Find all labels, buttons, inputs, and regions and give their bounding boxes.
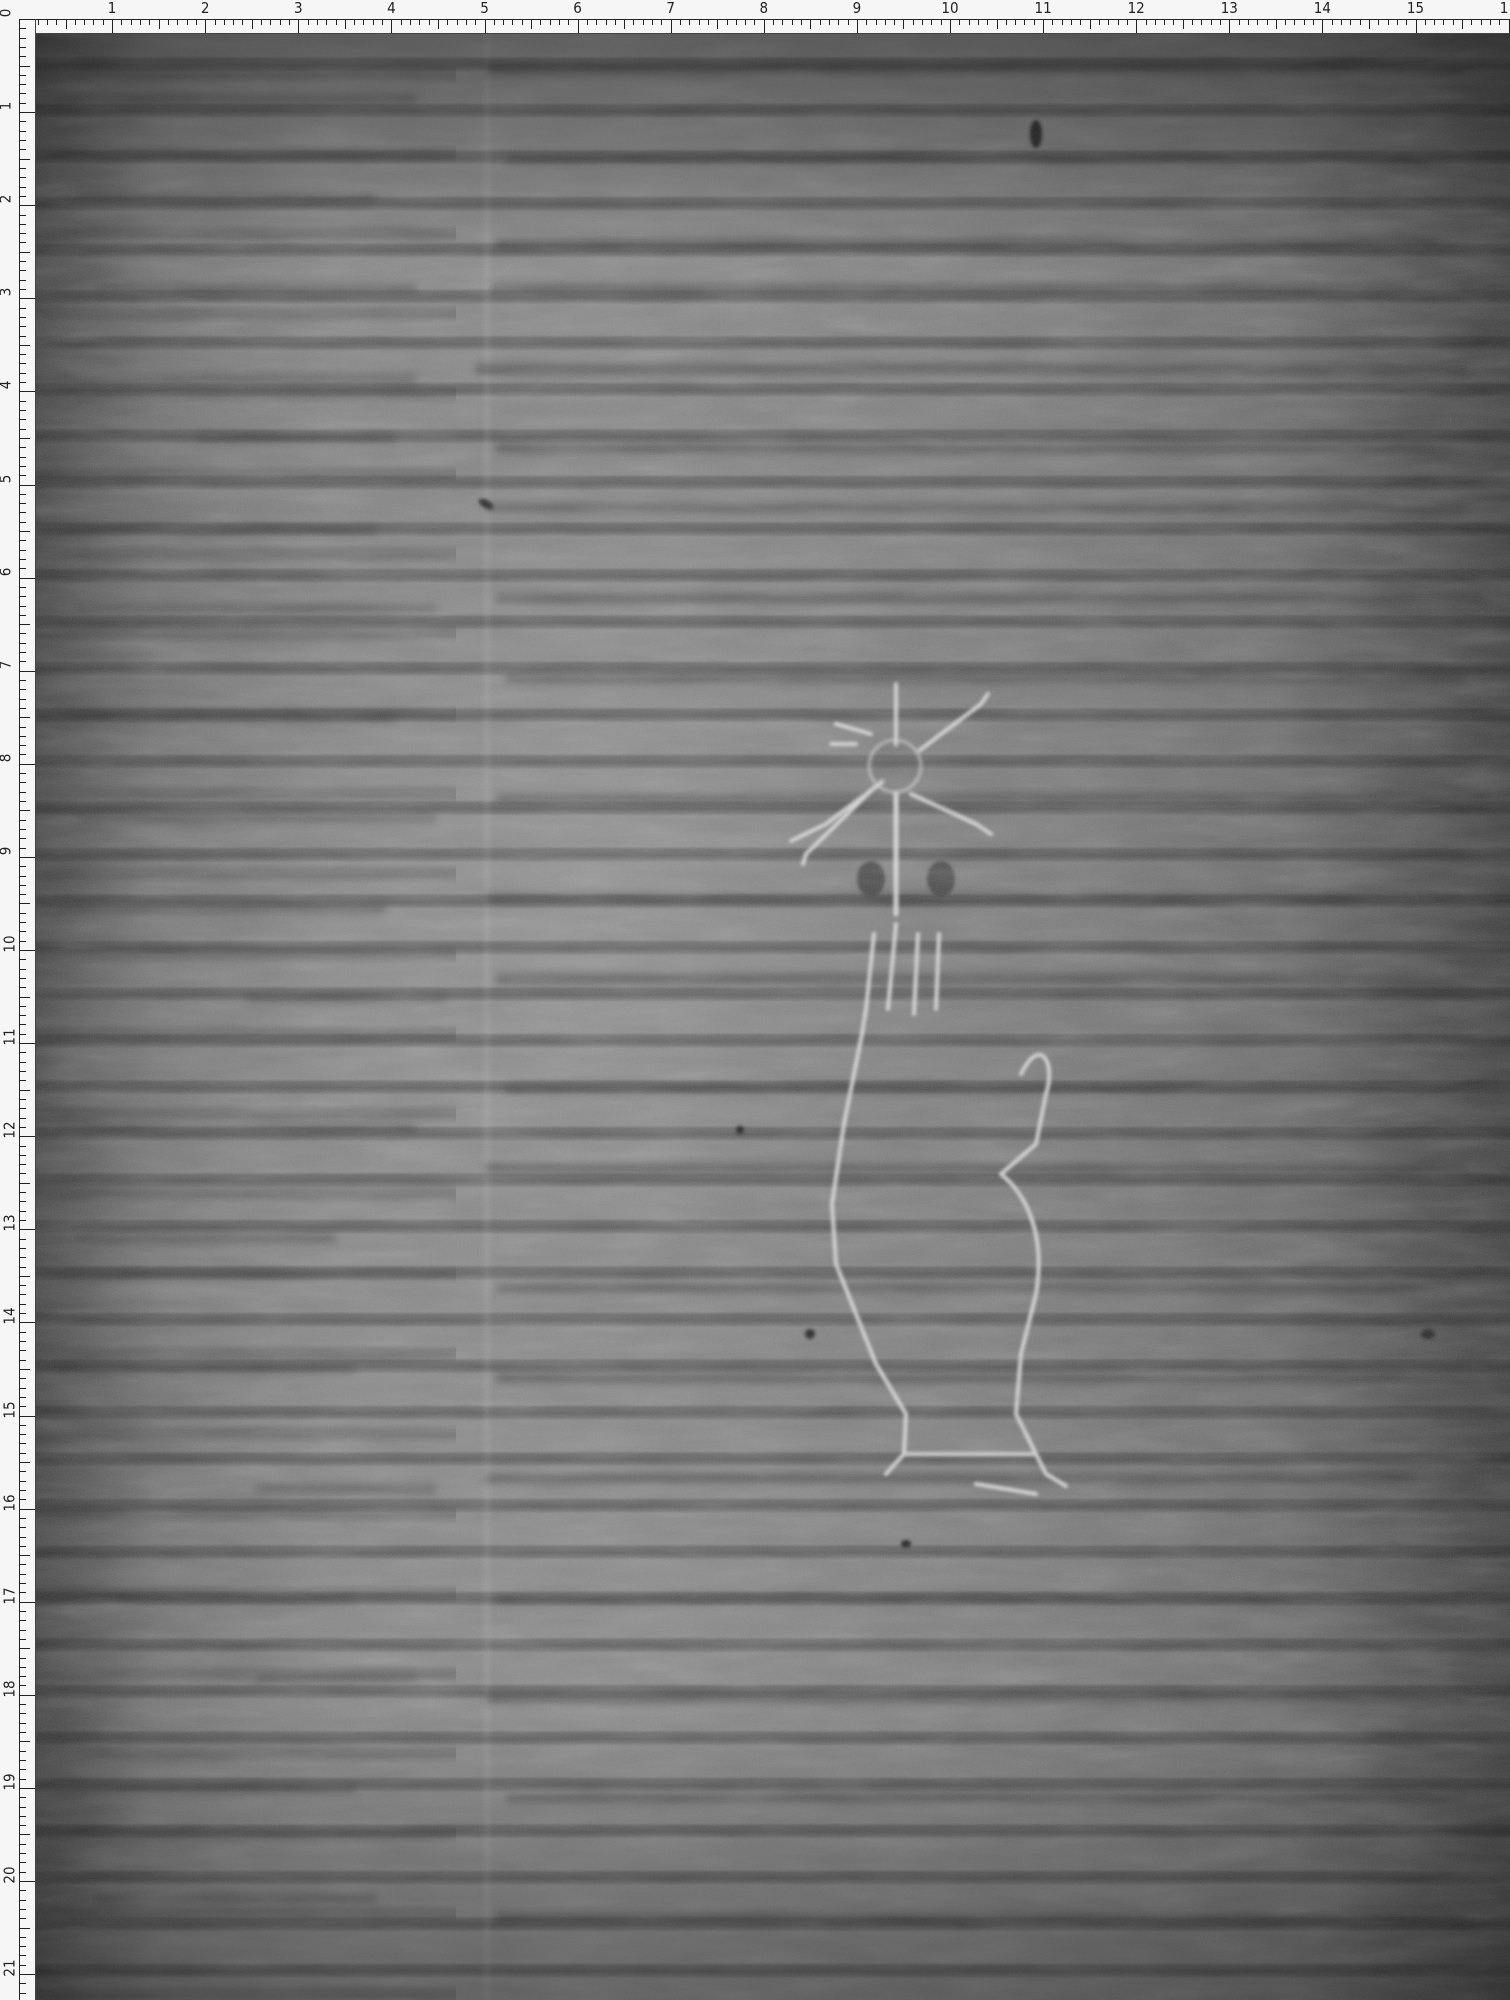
ruler-tick xyxy=(503,19,504,25)
ruler-tick xyxy=(19,792,26,793)
ruler-label: 11 xyxy=(2,1029,18,1046)
ruler-tick xyxy=(922,19,923,25)
ruler-tick xyxy=(978,19,979,25)
ruler-label: 3 xyxy=(0,288,13,297)
ruler-tick xyxy=(19,903,30,904)
ruler-tick xyxy=(103,19,104,25)
ruler-tick xyxy=(19,1434,26,1435)
ruler-tick xyxy=(19,103,26,104)
ruler-tick xyxy=(19,1108,26,1109)
ruler-tick xyxy=(215,19,216,25)
ruler-tick xyxy=(19,1341,26,1342)
ruler-tick xyxy=(540,19,541,25)
ruler-tick xyxy=(19,1397,26,1398)
ruler-tick xyxy=(19,252,30,253)
ruler-tick xyxy=(242,19,243,25)
ruler-tick xyxy=(19,1555,30,1556)
ruler-tick xyxy=(19,503,26,504)
ruler-tick xyxy=(19,187,26,188)
ruler-tick xyxy=(373,19,374,25)
ruler-label: 14 xyxy=(1314,0,1331,16)
ruler-tick xyxy=(19,1946,26,1947)
ruler-tick xyxy=(19,289,26,290)
ruler-tick xyxy=(19,1751,26,1752)
ruler-tick xyxy=(205,19,206,33)
ruler-tick xyxy=(848,19,849,25)
ruler-tick xyxy=(19,1853,26,1854)
ruler-tick xyxy=(261,19,262,25)
ruler-label: 19 xyxy=(2,1773,18,1790)
ruler-tick xyxy=(112,19,113,33)
ruler-tick xyxy=(19,466,26,467)
ruler-tick xyxy=(140,19,141,25)
ruler-tick xyxy=(19,1425,26,1426)
ruler-tick xyxy=(19,1592,26,1593)
ruler-tick xyxy=(1108,19,1109,25)
ruler-tick xyxy=(1285,19,1286,25)
ruler-tick xyxy=(1229,19,1230,33)
ruler-tick xyxy=(196,19,197,25)
ruler-tick xyxy=(19,1406,26,1407)
ruler-tick xyxy=(19,1481,26,1482)
ruler-tick xyxy=(19,1965,26,1966)
ruler-tick xyxy=(19,140,26,141)
ruler-tick xyxy=(19,1043,35,1044)
ruler-tick xyxy=(19,224,26,225)
ruler-tick xyxy=(19,1155,26,1156)
ruler-tick xyxy=(19,280,26,281)
ruler-tick xyxy=(19,19,35,20)
ruler-tick xyxy=(19,801,26,802)
ruler-label: 8 xyxy=(760,0,769,16)
ruler-tick xyxy=(19,1685,26,1686)
ruler-tick xyxy=(19,717,30,718)
ruler-tick xyxy=(19,1369,30,1370)
ruler-tick xyxy=(19,1462,30,1463)
ruler-tick xyxy=(1015,19,1016,25)
ruler-label: 13 xyxy=(2,1215,18,1232)
ruler-tick xyxy=(522,19,523,25)
ruler-tick xyxy=(19,1080,26,1081)
ruler-tick xyxy=(19,345,30,346)
ruler-tick xyxy=(19,75,26,76)
ruler-tick xyxy=(1267,19,1268,25)
ruler-tick xyxy=(308,19,309,25)
ruler-tick xyxy=(987,19,988,25)
ruler-tick xyxy=(1173,19,1174,25)
paper-grain xyxy=(36,34,1510,2000)
ruler-tick xyxy=(19,1322,35,1323)
ruler-tick xyxy=(941,19,942,25)
ruler-tick xyxy=(298,19,299,33)
ruler-tick xyxy=(19,1825,26,1826)
ruler-tick xyxy=(19,1183,30,1184)
ruler-tick xyxy=(1090,19,1091,29)
ruler-tick xyxy=(1453,19,1454,25)
ruler-tick xyxy=(177,19,178,25)
ruler-label: 12 xyxy=(2,1122,18,1139)
ruler-label: 6 xyxy=(573,0,582,16)
ruler-tick xyxy=(19,1499,26,1500)
ruler-tick xyxy=(19,745,26,746)
ruler-label: 13 xyxy=(1221,0,1238,16)
ruler-label: 5 xyxy=(480,0,489,16)
ruler-tick xyxy=(1146,19,1147,25)
ruler-tick xyxy=(19,522,26,523)
ruler-tick xyxy=(19,1630,26,1631)
ruler-tick xyxy=(19,1797,26,1798)
ruler-tick xyxy=(717,19,718,29)
ruler-tick xyxy=(19,1723,26,1724)
ruler-tick xyxy=(19,643,26,644)
ruler-tick xyxy=(19,401,26,402)
ruler-tick xyxy=(699,19,700,25)
ruler-tick xyxy=(671,19,672,33)
ruler-tick xyxy=(1341,19,1342,25)
ruler-tick xyxy=(187,19,188,25)
ruler-tick xyxy=(606,19,607,25)
ruler-label: 10 xyxy=(2,935,18,952)
ruler-tick xyxy=(19,1974,35,1975)
ruler-tick xyxy=(19,1201,26,1202)
ruler-tick xyxy=(19,1862,26,1863)
ruler-tick xyxy=(652,19,653,25)
ruler-tick xyxy=(19,578,35,579)
ruler-tick xyxy=(19,196,26,197)
ruler-tick xyxy=(19,1192,26,1193)
ruler-tick xyxy=(596,19,597,25)
ruler-tick xyxy=(19,1006,26,1007)
ruler-tick xyxy=(838,19,839,25)
ruler-label: 1 xyxy=(1500,0,1509,16)
ruler-tick xyxy=(19,1313,26,1314)
ruler-tick xyxy=(997,19,998,29)
ruler-tick xyxy=(19,987,26,988)
ruler-tick xyxy=(19,438,30,439)
ruler-tick xyxy=(1155,19,1156,25)
ruler-tick xyxy=(19,1993,26,1994)
ruler-tick xyxy=(19,1276,30,1277)
ruler-tick xyxy=(19,363,26,364)
ruler-label: 1 xyxy=(108,0,117,16)
ruler-tick xyxy=(19,270,26,271)
ruler-tick xyxy=(391,19,392,33)
ruler-tick xyxy=(1406,19,1407,25)
ruler-tick xyxy=(568,19,569,25)
ruler-tick xyxy=(1481,19,1482,25)
ruler-tick xyxy=(1099,19,1100,25)
ruler-tick xyxy=(894,19,895,25)
ruler-tick xyxy=(19,1416,35,1417)
ruler-tick xyxy=(19,1844,26,1845)
ruler-label: 15 xyxy=(1407,0,1424,16)
ruler-tick xyxy=(19,1620,26,1621)
ruler-tick xyxy=(1136,19,1137,33)
ruler-tick xyxy=(363,19,364,25)
ruler-label: 6 xyxy=(0,567,13,576)
ruler-tick xyxy=(19,1294,26,1295)
ruler-label: 4 xyxy=(0,381,13,390)
ruler-tick xyxy=(252,19,253,29)
ruler-tick xyxy=(19,1304,26,1305)
ruler-tick xyxy=(19,1834,30,1835)
ruler-tick xyxy=(19,1807,26,1808)
ruler-label: 10 xyxy=(941,0,958,16)
ruler-tick xyxy=(1509,19,1510,33)
ruler-tick xyxy=(633,19,634,25)
ruler-tick xyxy=(19,1034,26,1035)
ruler-tick xyxy=(19,540,26,541)
ruler-tick xyxy=(903,19,904,29)
ruler-tick xyxy=(1071,19,1072,25)
ruler-tick xyxy=(624,19,625,29)
ruler-tick xyxy=(689,19,690,25)
ruler-tick xyxy=(19,112,35,113)
ruler-tick xyxy=(1220,19,1221,25)
ruler-tick xyxy=(19,689,26,690)
ruler-tick xyxy=(857,19,858,33)
ruler-tick xyxy=(19,773,26,774)
ruler-tick xyxy=(736,19,737,25)
ruler-label: 4 xyxy=(387,0,396,16)
ruler-tick xyxy=(19,38,26,39)
ruler-tick xyxy=(19,931,26,932)
ruler-tick xyxy=(19,1378,26,1379)
ruler-tick xyxy=(149,19,150,25)
ruler-tick xyxy=(289,19,290,25)
ruler-tick xyxy=(19,1658,26,1659)
ruler-tick xyxy=(1276,19,1277,29)
ruler-tick xyxy=(429,19,430,25)
ruler-label: 16 xyxy=(2,1494,18,1511)
ruler-tick xyxy=(494,19,495,25)
ruler-tick xyxy=(19,1453,26,1454)
ruler-tick xyxy=(19,66,30,67)
ruler-tick xyxy=(447,19,448,25)
ruler-tick xyxy=(19,1052,26,1053)
ruler-tick xyxy=(19,242,26,243)
ruler-tick xyxy=(19,1388,26,1389)
ruler-tick xyxy=(1378,19,1379,25)
ruler-tick xyxy=(931,19,932,25)
ruler-tick xyxy=(475,19,476,25)
ruler-tick xyxy=(866,19,867,25)
ruler-tick xyxy=(829,19,830,25)
ruler-tick xyxy=(19,215,26,216)
ruler-tick xyxy=(19,177,26,178)
ruler-tick xyxy=(19,1257,26,1258)
ruler-tick xyxy=(19,652,26,653)
ruler-tick xyxy=(19,1164,26,1165)
ruler-label: 18 xyxy=(2,1680,18,1697)
ruler-tick xyxy=(643,19,644,25)
ruler-tick xyxy=(1434,19,1435,25)
ruler-tick xyxy=(168,19,169,25)
ruler-tick xyxy=(1369,19,1370,29)
ruler-tick xyxy=(801,19,802,25)
ruler-tick xyxy=(1322,19,1323,33)
ruler-tick xyxy=(93,19,94,25)
ruler-tick xyxy=(19,661,26,662)
ruler-tick xyxy=(19,354,26,355)
ruler-tick xyxy=(1416,19,1417,33)
ruler-tick xyxy=(131,19,132,25)
ruler-tick xyxy=(19,1220,26,1221)
ruler-tick xyxy=(19,820,26,821)
ruler-label: 9 xyxy=(0,847,13,856)
ruler-tick xyxy=(19,93,26,94)
ruler-label: 11 xyxy=(1035,0,1052,16)
ruler-tick xyxy=(19,671,35,672)
ruler-tick xyxy=(19,754,26,755)
ruler-label: 7 xyxy=(666,0,675,16)
ruler-tick xyxy=(810,19,811,29)
ruler-tick xyxy=(19,624,30,625)
ruler-tick xyxy=(615,19,616,25)
ruler-tick xyxy=(1062,19,1063,25)
ruler-tick xyxy=(47,19,48,25)
ruler-tick xyxy=(559,19,560,25)
ruler-tick xyxy=(1024,19,1025,25)
ruler-tick xyxy=(19,1518,26,1519)
ruler-tick xyxy=(19,326,26,327)
ruler-tick xyxy=(19,1443,26,1444)
ruler-tick xyxy=(19,1983,26,1984)
ruler-tick xyxy=(382,19,383,25)
ruler-tick xyxy=(19,727,26,728)
ruler-tick xyxy=(19,699,26,700)
ruler-tick xyxy=(754,19,755,25)
ruler-tick xyxy=(19,885,26,886)
ruler-tick xyxy=(19,1118,26,1119)
ruler-tick xyxy=(19,308,26,309)
ruler-tick xyxy=(782,19,783,25)
ruler-tick xyxy=(820,19,821,25)
ruler-tick xyxy=(969,19,970,25)
ruler-tick xyxy=(19,317,26,318)
ruler-label: 20 xyxy=(2,1866,18,1883)
ruler-tick xyxy=(512,19,513,25)
ruler-tick xyxy=(1164,19,1165,25)
ruler-tick xyxy=(19,559,26,560)
ruler-tick xyxy=(19,494,26,495)
ruler-tick xyxy=(773,19,774,25)
manuscript-scan xyxy=(36,34,1510,2000)
ruler-tick xyxy=(19,1648,30,1649)
ruler-tick xyxy=(1313,19,1314,25)
ruler-label: 5 xyxy=(0,474,13,483)
ruler-tick xyxy=(19,1583,26,1584)
ruler-tick xyxy=(19,336,26,337)
ruler-tick xyxy=(19,1918,26,1919)
ruler-tick xyxy=(913,19,914,25)
ruler-tick xyxy=(1471,19,1472,25)
ruler-tick xyxy=(466,19,467,25)
ruler-tick xyxy=(19,419,26,420)
ruler-tick xyxy=(19,1788,35,1789)
ruler-tick xyxy=(19,848,26,849)
ruler-tick xyxy=(19,1872,26,1873)
ruler-tick xyxy=(75,19,76,25)
ruler-tick xyxy=(1294,19,1295,25)
ruler-tick xyxy=(19,922,26,923)
ruler-tick xyxy=(19,1509,35,1510)
ruler-tick xyxy=(19,1704,26,1705)
ruler-tick xyxy=(1239,19,1240,25)
ruler-tick xyxy=(19,596,26,597)
ruler-label: 17 xyxy=(2,1587,18,1604)
ruler-tick xyxy=(19,1211,26,1212)
ruler-tick xyxy=(1127,19,1128,25)
ruler-tick xyxy=(19,205,35,206)
ruler-tick xyxy=(19,512,26,513)
ruler-tick xyxy=(19,1248,26,1249)
ruler-tick xyxy=(1350,19,1351,25)
ruler-tick xyxy=(19,1090,30,1091)
ruler-tick xyxy=(19,810,30,811)
ruler-tick xyxy=(19,1732,26,1733)
ruler-tick xyxy=(19,1360,26,1361)
ruler-tick xyxy=(19,913,26,914)
ruler-tick xyxy=(19,298,35,299)
ruler-tick xyxy=(317,19,318,25)
ruler-tick xyxy=(1462,19,1463,29)
ruler-tick xyxy=(950,19,951,33)
ruler-tick xyxy=(38,19,39,25)
ruler-label: 21 xyxy=(2,1960,18,1977)
ruler-tick xyxy=(19,1574,26,1575)
ruler-label: 12 xyxy=(1128,0,1145,16)
ruler-tick xyxy=(19,1062,26,1063)
horizontal-ruler: 01234567891011121314151 xyxy=(0,0,1510,34)
ruler-tick xyxy=(19,28,26,29)
ruler-tick xyxy=(345,19,346,29)
ruler-tick xyxy=(19,168,26,169)
ruler-tick xyxy=(19,587,26,588)
ruler-tick xyxy=(1080,19,1081,25)
ruler-tick xyxy=(19,1285,26,1286)
ruler-tick xyxy=(19,1527,26,1528)
ruler-tick xyxy=(19,1890,26,1891)
ruler-tick xyxy=(19,1611,26,1612)
ruler-tick xyxy=(19,485,35,486)
ruler-tick xyxy=(1499,19,1500,25)
ruler-tick xyxy=(19,1639,26,1640)
ruler-tick xyxy=(550,19,551,25)
ruler-tick xyxy=(280,19,281,25)
ruler-tick xyxy=(19,997,30,998)
ruler-tick xyxy=(19,838,26,839)
ruler-tick xyxy=(19,1546,26,1547)
ruler-tick xyxy=(19,633,26,634)
ruler-tick xyxy=(121,19,122,25)
ruler-tick xyxy=(1490,19,1491,25)
ruler-tick xyxy=(19,1024,26,1025)
ruler-tick xyxy=(19,708,26,709)
ruler-tick xyxy=(19,457,26,458)
ruler-tick xyxy=(19,159,30,160)
ruler-tick xyxy=(233,19,234,25)
ruler-tick xyxy=(19,959,26,960)
ruler-tick xyxy=(19,261,26,262)
ruler-tick xyxy=(1332,19,1333,25)
ruler-tick xyxy=(66,19,67,29)
ruler-tick xyxy=(19,1099,26,1100)
ruler-tick xyxy=(1183,19,1184,29)
ruler-tick xyxy=(354,19,355,25)
ruler-tick xyxy=(19,1881,35,1882)
ruler-tick xyxy=(19,829,26,830)
